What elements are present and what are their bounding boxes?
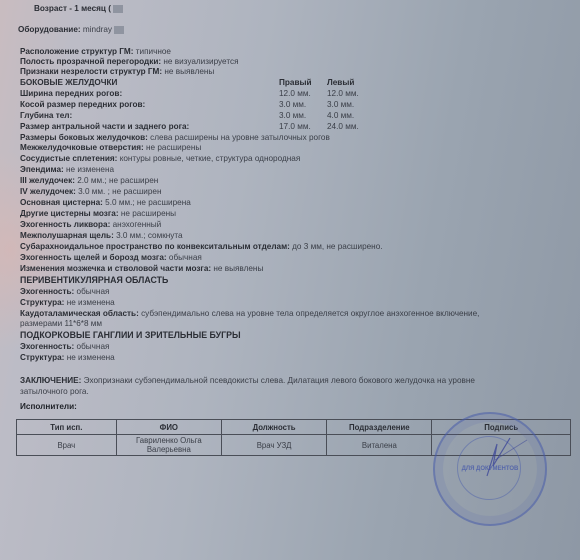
- ultrasound-report: Возраст - 1 месяц ( Оборудование: mindra…: [0, 0, 580, 560]
- finding-continuation: размерами 11*6*8 мм: [20, 319, 102, 329]
- executors-title: Исполнители:: [20, 402, 77, 412]
- finding-row: Размеры боковых желудочков: слева расшир…: [20, 133, 330, 143]
- finding-row: Эпендима: не изменена: [20, 165, 114, 175]
- measure-row: Размер антральной части и заднего рога: …: [20, 122, 380, 132]
- official-stamp: ДЛЯ ДОКУМЕНТОВ: [433, 412, 547, 526]
- finding-row: Основная цистерна: 5.0 мм.; не расширена: [20, 198, 191, 208]
- finding-row: Эхогенность щелей и борозд мозга: обычна…: [20, 253, 202, 263]
- equipment: Оборудование: mindray: [18, 25, 124, 35]
- cell-department: Виталена: [327, 435, 432, 456]
- finding-row: Эхогенность: обычная: [20, 342, 109, 352]
- redacted-block: [114, 26, 124, 34]
- section-subcortical: ПОДКОРКОВЫЕ ГАНГЛИИ И ЗРИТЕЛЬНЫЕ БУГРЫ: [20, 330, 241, 340]
- finding-row: IV желудочек: 3.0 мм. ; не расширен: [20, 187, 161, 197]
- col-header: ФИО: [116, 420, 221, 435]
- finding-row: Структура: не изменена: [20, 298, 115, 308]
- finding-row: Изменения мозжечка и стволовой части моз…: [20, 264, 263, 274]
- col-header: Должность: [221, 420, 326, 435]
- conclusion: ЗАКЛЮЧЕНИЕ: Эхопризнаки субэпендимальной…: [20, 376, 475, 386]
- measure-row: Косой размер передних рогов: 3.0 мм. 3.0…: [20, 100, 380, 110]
- finding-row: Эхогенность: обычная: [20, 287, 109, 297]
- finding-row: Полость прозрачной перегородки: не визуа…: [20, 57, 239, 67]
- finding-row: Другие цистерны мозга: не расширены: [20, 209, 176, 219]
- finding-row: Межжелудочковые отверстия: не расширены: [20, 143, 201, 153]
- finding-row: III желудочек: 2.0 мм.; не расширен: [20, 176, 158, 186]
- patient-age: Возраст - 1 месяц (: [34, 4, 123, 14]
- finding-row: Сосудистые сплетения: контуры ровные, че…: [20, 154, 300, 164]
- finding-row: Структура: не изменена: [20, 353, 115, 363]
- finding-row: Субарахноидальное пространство по конвек…: [20, 242, 383, 252]
- section-lateral-ventricles: БОКОВЫЕ ЖЕЛУДОЧКИ Правый Левый: [20, 78, 380, 88]
- finding-row: Расположение структур ГМ: типичное: [20, 47, 171, 57]
- col-header: Подразделение: [327, 420, 432, 435]
- cell-type: Врач: [17, 435, 117, 456]
- cell-name: Гавриленко Ольга Валерьевна: [116, 435, 221, 456]
- cell-position: Врач УЗД: [221, 435, 326, 456]
- conclusion-continuation: затылочного рога.: [20, 387, 89, 397]
- finding-row: Эхогенность ликвора: анэхогенный: [20, 220, 161, 230]
- finding-row: Межполушарная щель: 3.0 мм.; сомкнута: [20, 231, 183, 241]
- measure-row: Ширина передних рогов: 12.0 мм. 12.0 мм.: [20, 89, 380, 99]
- col-header: Тип исп.: [17, 420, 117, 435]
- signature-icon: [435, 414, 545, 524]
- finding-row: Каудоталамическая область: субэпендималь…: [20, 309, 479, 319]
- redacted-block: [113, 5, 123, 13]
- finding-row: Признаки незрелости структур ГМ: не выяв…: [20, 67, 214, 77]
- section-periventricular: ПЕРИВЕНТИКУЛЯРНАЯ ОБЛАСТЬ: [20, 275, 168, 285]
- measure-row: Глубина тел: 3.0 мм. 4.0 мм.: [20, 111, 380, 121]
